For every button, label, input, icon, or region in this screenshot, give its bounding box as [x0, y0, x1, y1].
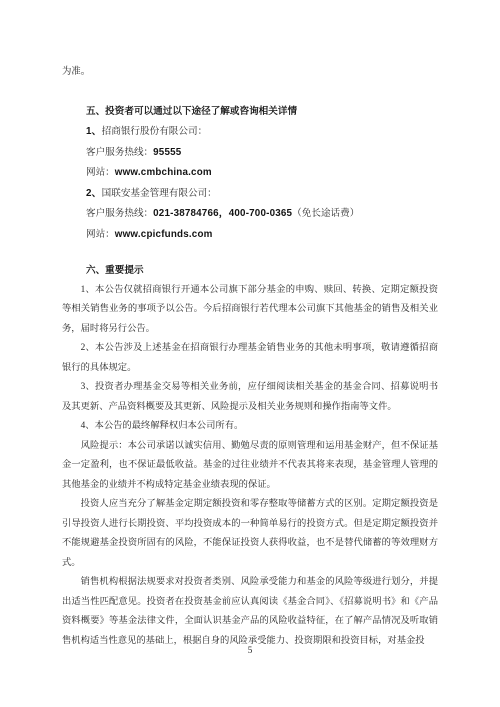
contact-2-hotline-line: 客户服务热线：021-38784766，400-700-0365（免长途话费）	[62, 204, 438, 225]
contact-1-name: 招商银行股份有限公司：	[102, 126, 208, 137]
contact-1-hotline-line: 客户服务热线：95555	[62, 143, 438, 164]
contact-1-hotline-value: 95555	[153, 147, 181, 158]
contact-1-number: 1、	[86, 126, 102, 137]
contact-company-1: 1、招商银行股份有限公司：	[62, 122, 438, 143]
continuation-text: 为准。	[62, 62, 438, 82]
paragraph: 2、本公告涉及上述基金在招商银行办理基金销售业务的其他未明事项，敬请遵循招商银行…	[62, 339, 438, 378]
paragraph: 销售机构根据法规要求对投资者类别、风险承受能力和基金的风险等级进行划分，并提出适…	[62, 573, 438, 651]
page-number: 5	[0, 646, 500, 656]
section-divider-space	[62, 246, 438, 260]
contact-2-name: 国联安基金管理有限公司：	[102, 188, 217, 199]
paragraph: 4、本公告的最终解释权归本公司所有。	[62, 417, 438, 437]
contact-1-website-line: 网站：www.cmbchina.com	[62, 163, 438, 184]
section-5-heading: 五、投资者可以通过以下途径了解或咨询相关详情	[62, 101, 438, 122]
contact-2-number: 2、	[86, 188, 102, 199]
paragraph: 1、本公告仅就招商银行开通本公司旗下部分基金的申购、赎回、转换、定期定额投资等相…	[62, 281, 438, 340]
contact-2-hotline-label: 客户服务热线：	[86, 208, 153, 219]
contact-company-2: 2、国联安基金管理有限公司：	[62, 184, 438, 205]
contact-2-hotline-note: （免长途话费）	[292, 208, 359, 219]
contact-2-website-line: 网站：www.cpicfunds.com	[62, 225, 438, 246]
contact-1-website-value: www.cmbchina.com	[115, 167, 212, 178]
contact-1-hotline-label: 客户服务热线：	[86, 147, 153, 158]
contact-2-website-value: www.cpicfunds.com	[115, 229, 213, 240]
contact-1-website-label: 网站：	[86, 167, 115, 178]
contact-2-hotline-value: 021-38784766，400-700-0365	[153, 208, 292, 219]
paragraph: 3、投资者办理基金交易等相关业务前，应仔细阅读相关基金的基金合同、招募说明书及其…	[62, 378, 438, 417]
paragraph: 风险提示：本公司承诺以诚实信用、勤勉尽责的原则管理和运用基金财产，但不保证基金一…	[62, 437, 438, 496]
contact-2-website-label: 网站：	[86, 229, 115, 240]
section-6-heading: 六、重要提示	[62, 260, 438, 281]
document-page: 为准。 五、投资者可以通过以下途径了解或咨询相关详情 1、招商银行股份有限公司：…	[0, 0, 500, 707]
paragraph: 投资人应当充分了解基金定期定额投资和零存整取等储蓄方式的区别。定期定额投资是引导…	[62, 495, 438, 573]
